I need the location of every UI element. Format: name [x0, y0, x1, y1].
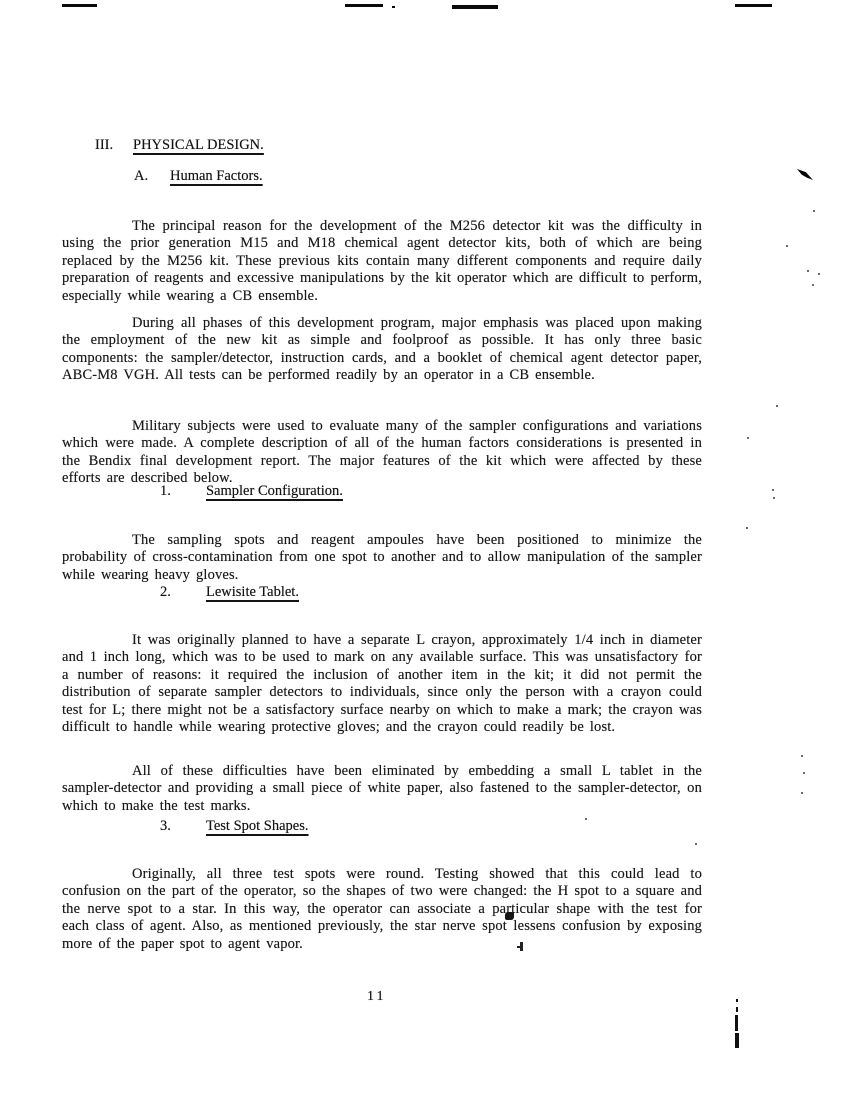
- subsection-heading: A. Human Factors.: [0, 168, 850, 188]
- scan-speck: [772, 489, 774, 491]
- paragraph: All of these difficulties have been elim…: [62, 763, 702, 816]
- section-number: III.: [95, 137, 113, 154]
- scan-speck: [747, 437, 749, 439]
- item-number: 1.: [160, 483, 171, 500]
- stray-mark: [520, 942, 523, 951]
- item-title: Test Spot Shapes.: [206, 818, 309, 835]
- paragraph: The principal reason for the development…: [62, 218, 702, 306]
- scan-speck: [801, 755, 803, 757]
- scan-speck: [803, 772, 805, 774]
- fold-mark: [735, 1015, 738, 1031]
- item-title: Lewisite Tablet.: [206, 584, 299, 601]
- scan-speck: [813, 210, 815, 212]
- scanned-document-page: III. PHYSICAL DESIGN. A. Human Factors. …: [0, 0, 850, 1100]
- scan-speck: [128, 573, 130, 575]
- subsection-title: Human Factors.: [170, 168, 263, 185]
- item-heading: 3. Test Spot Shapes.: [0, 818, 850, 838]
- paragraph: During all phases of this development pr…: [62, 315, 702, 385]
- paragraph: Originally, all three test spots were ro…: [62, 866, 702, 954]
- subsection-letter: A.: [134, 168, 148, 185]
- scan-speck: [801, 792, 803, 794]
- scan-speck: [812, 284, 814, 286]
- item-heading: 1. Sampler Configuration.: [0, 483, 850, 503]
- top-edge-mark: [345, 4, 383, 7]
- section-heading: III. PHYSICAL DESIGN.: [0, 137, 850, 157]
- item-number: 3.: [160, 818, 171, 835]
- top-edge-mark: [452, 5, 498, 9]
- fold-mark: [735, 1033, 739, 1048]
- scan-speck: [695, 843, 697, 845]
- fold-mark: [736, 1007, 738, 1012]
- paragraph: It was originally planned to have a sepa…: [62, 632, 702, 738]
- scan-speck: [746, 527, 748, 529]
- scan-speck: [818, 273, 820, 275]
- scan-speck: [786, 245, 788, 247]
- item-heading: 2. Lewisite Tablet.: [0, 584, 850, 604]
- top-edge-mark: [62, 4, 97, 7]
- paragraph: The sampling spots and reagent ampoules …: [62, 532, 702, 585]
- section-title: PHYSICAL DESIGN.: [133, 137, 264, 154]
- paragraph: Military subjects were used to evaluate …: [62, 418, 702, 488]
- fold-mark: [736, 999, 738, 1002]
- scan-speck: [807, 270, 809, 272]
- scan-speck: [773, 497, 775, 499]
- item-number: 2.: [160, 584, 171, 601]
- top-edge-mark: [735, 4, 772, 7]
- ink-blob: [505, 912, 514, 920]
- item-title: Sampler Configuration.: [206, 483, 343, 500]
- scan-speck: [585, 818, 587, 820]
- scan-speck: [776, 405, 778, 407]
- page-number: 11: [367, 989, 386, 1005]
- stray-mark: [517, 946, 520, 948]
- top-edge-mark: [392, 6, 395, 8]
